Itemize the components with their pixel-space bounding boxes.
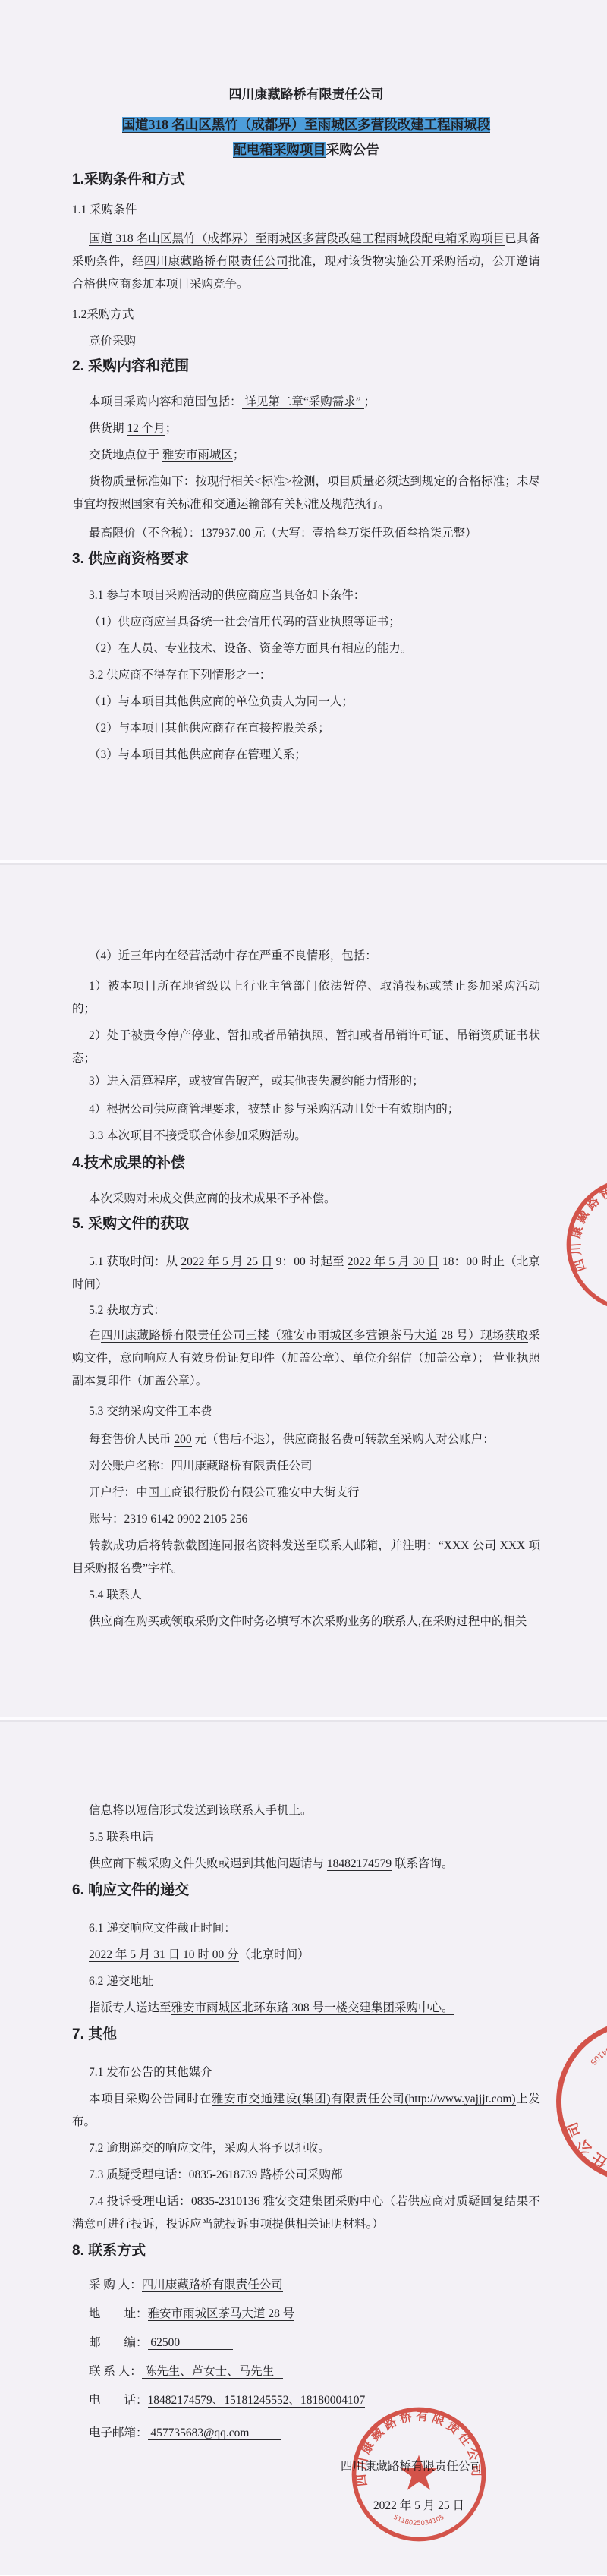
clause-5-2-body: 在四川康藏路桥有限责任公司三楼（雅安市雨城区多营镇茶马大道 28 号）现场获取采… — [72, 1324, 540, 1393]
text-segment: 7.4 投诉受理电话：0835-2310136 雅安交建集团采购中心（若供应商对… — [72, 2195, 540, 2231]
bad-record-2: 2）处于被责令停产停业、暂扣或者吊销执照、暂扣或者吊销许可证、吊销资质证书状态； — [72, 1025, 540, 1070]
text-segment: 货物质量标准如下：按现行相关<标准>检测，项目质量必须达到规定的合格标准；未尽事… — [72, 475, 540, 511]
underlined-text: 雅安市雨城区茶马大道 28 号 — [148, 2307, 295, 2321]
text-segment: 4）根据公司供应商管理要求，被禁止参与采购活动且处于有效期内的； — [89, 1103, 459, 1116]
text-segment: 指派专人送达至 — [89, 2001, 171, 2014]
text-segment: 本次采购对未成交供应商的技术成果不予补偿。 — [89, 1192, 336, 1205]
page-2: （4）近三年内在经营活动中存在严重不良情形，包括：1）被本项目所在地省级以上行业… — [0, 865, 607, 1717]
transfer-note-para: 转款成功后将转款截图连同报名资料发送至联系人邮箱，并注明：“XXX 公司 XXX… — [72, 1535, 540, 1580]
underlined-text: 四川康藏路桥有限责任公司三楼（雅安市雨城区多营镇茶马大道 28 号）现场获取 — [101, 1329, 529, 1343]
clause-3-1: 3.1 参与本项目采购活动的供应商应当具备如下条件： — [72, 584, 540, 607]
text-segment: 5.1 获取时间：从 — [89, 1255, 181, 1268]
page-1: 四川康藏路桥有限责任公司国道318 名山区黑竹（成都界）至雨城区多营段改建工程雨… — [0, 0, 607, 860]
section-heading-3: 3. 供应商资格要求 — [72, 548, 540, 571]
text-segment: （4）近三年内在经营活动中存在严重不良情形，包括： — [89, 949, 377, 962]
signature-company: 四川康藏路桥有限责任公司 — [341, 2455, 482, 2478]
underlined-text: 雅安市雨城区北环东路 308 号一楼交建集团采购中心。 — [171, 2001, 454, 2015]
clause-5-4-continued: 信息将以短信形式发送到该联系人手机上。 — [72, 1800, 540, 1822]
text-segment: 四川康藏路桥有限责任公司 — [229, 87, 384, 102]
text-segment: 1.2采购方式 — [72, 308, 134, 321]
contact-email-line: 电子邮箱： 457735683@qq.com — [72, 2422, 540, 2445]
clause-5-4: 5.4 联系人 — [72, 1584, 540, 1607]
text-segment: （1）供应商应当具备统一社会信用代码的营业执照等证书； — [89, 616, 401, 628]
document-scan: 四川康藏路桥有限责任公司国道318 名山区黑竹（成都界）至雨城区多营段改建工程雨… — [0, 0, 607, 2575]
clause-3-2-item-4: （4）近三年内在经营活动中存在严重不良情形，包括： — [72, 945, 540, 968]
doc-title-line-2: 配电箱采购项目采购公告 — [72, 137, 540, 162]
text-segment: （北京时间） — [239, 1948, 310, 1961]
delivery-place-line: 交货地点位于 雅安市雨城区； — [72, 444, 540, 467]
text-segment: 联系咨询。 — [392, 1857, 453, 1870]
text-segment: 6.2 递交地址 — [89, 1975, 153, 1988]
text-segment: ； — [165, 422, 178, 435]
page-3-content: 信息将以短信形式发送到该联系人手机上。5.5 联系电话供应商下载采购文件失败或遇… — [0, 1800, 607, 2445]
text-segment: 5.5 联系电话 — [89, 1831, 153, 1844]
underlined-text: 四川康藏路桥有限责任公司 — [144, 255, 288, 269]
underlined-text: 2022 年 5 月 30 日 — [348, 1255, 439, 1269]
clause-5-5-body: 供应商下载采购文件失败或遇到其他问题请与 18482174579 联系咨询。 — [72, 1853, 540, 1875]
page-1-content: 四川康藏路桥有限责任公司国道318 名山区黑竹（成都界）至雨城区多营段改建工程雨… — [0, 83, 607, 767]
text-segment: 交货地点位于 — [89, 449, 162, 461]
clause-6-1: 6.1 递交响应文件截止时间： — [72, 1917, 540, 1940]
doc-title-line-1: 国道318 名山区黑竹（成都界）至雨城区多营段改建工程雨城段 — [72, 112, 540, 137]
underlined-text: 国道 318 名山区黑竹（成都界）至雨城区多营段改建工程雨城段配电箱采购项目 — [89, 232, 505, 246]
clause-5-2: 5.2 获取方式： — [72, 1299, 540, 1322]
clause-5-4-body: 供应商在购买或领取采购文件时务必填写本次采购业务的联系人,在采购过程中的相关 — [72, 1611, 540, 1633]
text-segment: 1.采购条件和方式 — [72, 172, 185, 187]
text-segment: 7. 其他 — [72, 2026, 117, 2042]
clause-3-2: 3.2 供应商不得存在下列情形之一： — [72, 664, 540, 687]
clause-3-3: 3.3 本次项目不接受联合体参加采购活动。 — [72, 1125, 540, 1148]
contact-purchaser-line: 采 购 人：四川康藏路桥有限责任公司 — [72, 2274, 540, 2297]
clause-1-2-body: 竞价采购 — [72, 330, 540, 353]
text-segment: 对公账户名称：四川康藏路桥有限责任公司 — [89, 1460, 313, 1472]
underlined-text: 18482174579、15181245552、18180004107 — [148, 2394, 366, 2408]
text-segment: 7.2 逾期递交的响应文件，采购人将予以拒收。 — [89, 2142, 330, 2155]
text-segment: 7.3 质疑受理电话：0835-2618739 路桥公司采购部 — [89, 2168, 343, 2181]
text-segment: 6. 响应文件的递交 — [72, 1882, 189, 1898]
price-limit-line: 最高限价（不含税）：137937.00 元（大写：壹拾叁万柒仟玖佰叁拾柒元整） — [72, 522, 540, 545]
text-segment: 5.2 获取方式： — [89, 1304, 165, 1317]
bad-record-3: 3）进入清算程序，或被宣告破产，或其他丧失履约能力情形的； — [72, 1070, 540, 1093]
doc-fee-line: 每套售价人民币 200 元（售后不退），供应商报名费可转款至采购人对公账户： — [72, 1428, 540, 1451]
text-segment: 采购公告 — [326, 142, 379, 157]
underlined-text: 雅安市雨城区 — [162, 449, 233, 462]
section-heading-6: 6. 响应文件的递交 — [72, 1879, 540, 1902]
underlined-text: 18482174579 — [327, 1857, 392, 1871]
contact-phone-line: 电 话：18482174579、15181245552、18180004107 — [72, 2389, 540, 2412]
text-segment: 5. 采购文件的获取 — [72, 1216, 189, 1232]
text-segment: 2. 采购内容和范围 — [72, 358, 189, 374]
contact-address-line: 地 址：雅安市雨城区茶马大道 28 号 — [72, 2303, 540, 2326]
text-segment: 4.技术成果的补偿 — [72, 1155, 185, 1171]
clause-7-3: 7.3 质疑受理电话：0835-2618739 路桥公司采购部 — [72, 2164, 540, 2187]
page-3: 信息将以短信形式发送到该联系人手机上。5.5 联系电话供应商下载采购文件失败或遇… — [0, 1722, 607, 2575]
section-heading-7: 7. 其他 — [72, 2023, 540, 2046]
bad-record-4: 4）根据公司供应商管理要求，被禁止参与采购活动且处于有效期内的； — [72, 1098, 540, 1121]
underlined-text: 详见第二章“采购需求” — [242, 395, 364, 409]
text-segment: 电 话： — [89, 2394, 148, 2407]
page-break — [0, 860, 607, 865]
clause-7-1: 7.1 发布公告的其他媒介 — [72, 2061, 540, 2084]
clause-7-2: 7.2 逾期递交的响应文件，采购人将予以拒收。 — [72, 2137, 540, 2160]
clause-6-2: 6.2 递交地址 — [72, 1970, 540, 1993]
text-segment: ； — [233, 449, 245, 461]
scope-line: 本项目采购内容和范围包括： 详见第二章“采购需求” ； — [72, 391, 540, 414]
text-segment: 3）进入清算程序，或被宣告破产，或其他丧失履约能力情形的； — [89, 1075, 424, 1088]
clause-3-1-item-1: （1）供应商应当具备统一社会信用代码的营业执照等证书； — [72, 611, 540, 634]
section-heading-1: 1.采购条件和方式 — [72, 168, 540, 191]
clause-1-1-body: 国道 318 名山区黑竹（成都界）至雨城区多营段改建工程雨城段配电箱采购项目已具… — [72, 228, 540, 296]
clause-1-2: 1.2采购方式 — [72, 304, 540, 326]
underlined-text: 12 个月 — [127, 422, 165, 436]
text-segment: ； — [364, 395, 376, 408]
text-segment: （1）与本项目其他供应商的单位负责人为同一人； — [89, 695, 354, 708]
underlined-text: 2022 年 5 月 31 日 10 时 00 分 — [89, 1948, 239, 1962]
text-segment: 在 — [89, 1329, 101, 1342]
account-number-line: 账号：2319 6142 0902 2105 256 — [72, 1508, 540, 1531]
contact-person-line: 联 系 人： 陈先生、芦女士、马先生 — [72, 2360, 540, 2383]
highlighted-text: 国道318 名山区黑竹（成都界）至雨城区多营段改建工程雨城段 — [122, 117, 491, 133]
deadline-line: 2022 年 5 月 31 日 10 时 00 分（北京时间） — [72, 1944, 540, 1967]
underlined-text: 200 — [174, 1433, 191, 1447]
clause-7-1-body: 本项目采购公告同时在雅安市交通建设(集团)有限责任公司(http://www.y… — [72, 2088, 540, 2134]
text-segment: 采 购 人： — [89, 2278, 142, 2291]
text-segment: 供应商下载采购文件失败或遇到其他问题请与 — [89, 1857, 327, 1870]
text-segment: 5.3 交纳采购文件工本费 — [89, 1405, 212, 1418]
text-segment: 8. 联系方式 — [72, 2243, 146, 2259]
text-segment: 3.1 参与本项目采购活动的供应商应当具备如下条件： — [89, 589, 365, 602]
signature-date: 2022 年 5 月 25 日 — [373, 2495, 464, 2518]
text-segment: 1.1 采购条件 — [72, 203, 137, 216]
text-segment: 最高限价（不含税）：137937.00 元（大写：壹拾叁万柒仟玖佰叁拾柒元整） — [89, 527, 477, 540]
clause-3-2-item-3: （3）与本项目其他供应商存在管理关系； — [72, 744, 540, 767]
clause-5-5: 5.5 联系电话 — [72, 1826, 540, 1849]
text-segment: 本项目采购公告同时在 — [89, 2093, 212, 2105]
clause-4-body: 本次采购对未成交供应商的技术成果不予补偿。 — [72, 1188, 540, 1211]
bad-record-1: 1）被本项目所在地省级以上行业主管部门依法暂停、取消投标或禁止参加采购活动的； — [72, 975, 540, 1021]
clause-5-3: 5.3 交纳采购文件工本费 — [72, 1400, 540, 1423]
section-heading-8: 8. 联系方式 — [72, 2240, 540, 2263]
underlined-text: 雅安市交通建设(集团)有限责任公司(http://www.yajjjt.com) — [212, 2093, 516, 2106]
text-segment: 账号：2319 6142 0902 2105 256 — [89, 1513, 247, 1526]
clause-6-2-body: 指派专人送达至雅安市雨城区北环东路 308 号一楼交建集团采购中心。 — [72, 1997, 540, 2020]
supply-period-line: 供货期 12 个月； — [72, 417, 540, 440]
section-heading-5: 5. 采购文件的获取 — [72, 1213, 540, 1236]
text-segment: 3.3 本次项目不接受联合体参加采购活动。 — [89, 1129, 307, 1142]
clause-3-2-item-2: （2）与本项目其他供应商存在直接控股关系； — [72, 717, 540, 740]
text-segment: 本项目采购内容和范围包括： — [89, 395, 242, 408]
text-segment: 供货期 — [89, 422, 127, 435]
text-segment: 5.4 联系人 — [89, 1589, 142, 1601]
text-segment: 电子邮箱： — [89, 2426, 148, 2439]
underlined-text: 陈先生、芦女士、马先生 — [142, 2365, 283, 2379]
clause-3-1-item-2: （2）在人员、专业技术、设备、资金等方面具有相应的能力。 — [72, 638, 540, 660]
clause-5-1: 5.1 获取时间：从 2022 年 5 月 25 日 9：00 时起至 2022… — [72, 1251, 540, 1296]
quality-standard-para: 货物质量标准如下：按现行相关<标准>检测，项目质量必须达到规定的合格标准；未尽事… — [72, 471, 540, 516]
account-name-line: 对公账户名称：四川康藏路桥有限责任公司 — [72, 1455, 540, 1478]
text-segment: 信息将以短信形式发送到该联系人手机上。 — [89, 1804, 313, 1817]
company-title: 四川康藏路桥有限责任公司 — [72, 83, 540, 106]
clause-7-4: 7.4 投诉受理电话：0835-2310136 雅安交建集团采购中心（若供应商对… — [72, 2190, 540, 2236]
text-segment: 邮 编： — [89, 2336, 148, 2349]
highlighted-text: 配电箱采购项目 — [233, 142, 326, 158]
text-segment: 1）被本项目所在地省级以上行业主管部门依法暂停、取消投标或禁止参加采购活动的； — [72, 980, 540, 1016]
contact-zip-line: 邮 编： 62500 — [72, 2332, 540, 2354]
clause-1-1: 1.1 采购条件 — [72, 199, 540, 222]
underlined-text: 2022 年 5 月 25 日 — [181, 1255, 272, 1269]
text-segment: 转款成功后将转款截图连同报名资料发送至联系人邮箱，并注明：“XXX 公司 XXX… — [72, 1539, 540, 1575]
clause-3-2-item-1: （1）与本项目其他供应商的单位负责人为同一人； — [72, 691, 540, 713]
text-segment: 3.2 供应商不得存在下列情形之一： — [89, 669, 271, 682]
underlined-text: 457735683@qq.com — [148, 2426, 282, 2440]
text-segment: 开户行：中国工商银行股份有限公司雅安中大街支行 — [89, 1486, 360, 1499]
text-segment: （2）在人员、专业技术、设备、资金等方面具有相应的能力。 — [89, 642, 412, 655]
text-segment: 地 址： — [89, 2307, 148, 2320]
underlined-text: 四川康藏路桥有限责任公司 — [142, 2278, 283, 2292]
underlined-text: 62500 — [148, 2336, 233, 2350]
text-segment: 供应商在购买或领取采购文件时务必填写本次采购业务的联系人,在采购过程中的相关 — [89, 1615, 527, 1628]
text-segment: 3. 供应商资格要求 — [72, 551, 189, 567]
page-break — [0, 1717, 607, 1722]
text-segment: （3）与本项目其他供应商存在管理关系； — [89, 748, 307, 761]
text-segment: 联 系 人： — [89, 2365, 142, 2378]
text-segment: 2）处于被责令停产停业、暂扣或者吊销执照、暂扣或者吊销许可证、吊销资质证书状态； — [72, 1029, 540, 1065]
text-segment: 7.1 发布公告的其他媒介 — [89, 2066, 212, 2079]
bank-line: 开户行：中国工商银行股份有限公司雅安中大街支行 — [72, 1482, 540, 1504]
text-segment: 元（售后不退），供应商报名费可转款至采购人对公账户： — [192, 1433, 495, 1446]
text-segment: 每套售价人民币 — [89, 1433, 174, 1446]
text-segment: 竞价采购 — [89, 335, 136, 348]
page-2-content: （4）近三年内在经营活动中存在严重不良情形，包括：1）被本项目所在地省级以上行业… — [0, 945, 607, 1633]
text-segment: （2）与本项目其他供应商存在直接控股关系； — [89, 722, 330, 735]
section-heading-4: 4.技术成果的补偿 — [72, 1152, 540, 1175]
section-heading-2: 2. 采购内容和范围 — [72, 355, 540, 378]
text-segment: 9：00 时起至 — [273, 1255, 348, 1268]
text-segment: 6.1 递交响应文件截止时间： — [89, 1922, 236, 1935]
